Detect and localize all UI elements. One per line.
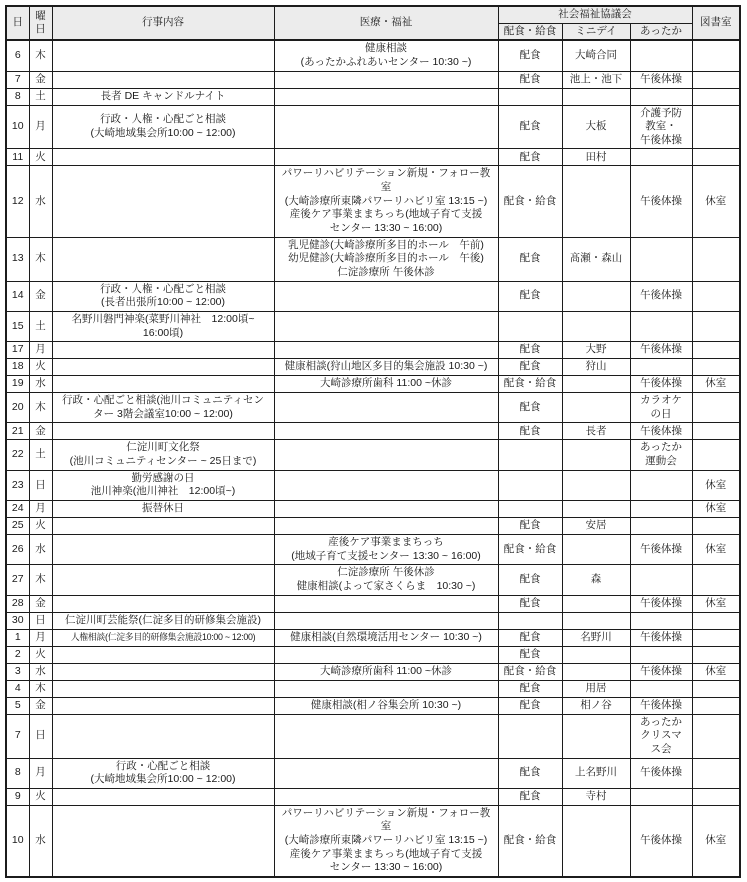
cell-library — [692, 714, 740, 758]
table-row: 10水パワーリハビリテーション新規・フォロー教室 (大崎診療所東隣パワーリハビリ… — [6, 805, 740, 877]
cell-weekday: 月 — [29, 758, 52, 788]
cell-meal: 配食 — [498, 758, 562, 788]
cell-events: 仁淀川町文化祭 (池川コミュニティセンター ~ 25日まで) — [52, 440, 274, 470]
header-library: 図書室 — [692, 6, 740, 40]
cell-medical — [274, 393, 498, 423]
cell-day: 14 — [6, 281, 29, 311]
cell-medical: 大崎診療所歯科 11:00 ~休診 — [274, 376, 498, 393]
cell-events: 行政・人権・心配ごと相談 (大崎地域集会所10:00 ~ 12:00) — [52, 105, 274, 149]
table-row: 19水大崎診療所歯科 11:00 ~休診配食・給食午後体操休室 — [6, 376, 740, 393]
cell-events — [52, 518, 274, 535]
cell-miniday: 森 — [562, 565, 630, 595]
cell-miniday: 上名野川 — [562, 758, 630, 788]
cell-miniday: 名野川 — [562, 629, 630, 646]
cell-meal — [498, 470, 562, 500]
cell-medical — [274, 88, 498, 105]
cell-library: 休室 — [692, 501, 740, 518]
cell-medical: 仁淀診療所 午後休診 健康相談(よって家さくらま 10:30 ~) — [274, 565, 498, 595]
cell-weekday: 月 — [29, 501, 52, 518]
cell-library — [692, 359, 740, 376]
cell-library — [692, 518, 740, 535]
cell-medical: 大崎診療所歯科 11:00 ~休診 — [274, 663, 498, 680]
cell-miniday: 大板 — [562, 105, 630, 149]
cell-meal: 配食 — [498, 423, 562, 440]
cell-weekday: 火 — [29, 149, 52, 166]
cell-weekday: 水 — [29, 535, 52, 565]
cell-library: 休室 — [692, 376, 740, 393]
cell-weekday: 日 — [29, 612, 52, 629]
table-row: 6木健康相談 (あったかふれあいセンター 10:30 ~)配食大崎合同 — [6, 40, 740, 71]
cell-events: 人権相談(仁淀多目的研修集会施設10:00 ~ 12:00) — [52, 629, 274, 646]
header-meal: 配食・給食 — [498, 23, 562, 40]
table-row: 13木乳児健診(大崎診療所多目的ホール 午前) 幼児健診(大崎診療所多目的ホール… — [6, 237, 740, 281]
cell-day: 22 — [6, 440, 29, 470]
header-weekday: 曜日 — [29, 6, 52, 40]
cell-day: 25 — [6, 518, 29, 535]
cell-day: 24 — [6, 501, 29, 518]
cell-events — [52, 342, 274, 359]
cell-medical — [274, 440, 498, 470]
cell-miniday — [562, 440, 630, 470]
table-row: 4木配食用居 — [6, 680, 740, 697]
cell-meal: 配食 — [498, 646, 562, 663]
cell-medical — [274, 788, 498, 805]
cell-events — [52, 71, 274, 88]
cell-medical: 健康相談(自然環境活用センター 10:30 ~) — [274, 629, 498, 646]
cell-day: 15 — [6, 311, 29, 341]
cell-meal: 配食・給食 — [498, 663, 562, 680]
cell-miniday: 安居 — [562, 518, 630, 535]
cell-weekday: 日 — [29, 714, 52, 758]
cell-attaka: 午後体操 — [630, 535, 692, 565]
cell-attaka: 午後体操 — [630, 758, 692, 788]
cell-miniday: 狩山 — [562, 359, 630, 376]
cell-weekday: 水 — [29, 805, 52, 877]
cell-medical — [274, 342, 498, 359]
cell-day: 23 — [6, 470, 29, 500]
cell-library — [692, 342, 740, 359]
cell-events — [52, 714, 274, 758]
cell-day: 10 — [6, 805, 29, 877]
cell-medical — [274, 71, 498, 88]
cell-attaka: 午後体操 — [630, 663, 692, 680]
cell-day: 5 — [6, 697, 29, 714]
cell-weekday: 金 — [29, 595, 52, 612]
cell-attaka: 午後体操 — [630, 376, 692, 393]
cell-library — [692, 440, 740, 470]
cell-weekday: 金 — [29, 71, 52, 88]
cell-attaka: 午後体操 — [630, 71, 692, 88]
table-row: 7日あったか クリスマ ス会 — [6, 714, 740, 758]
cell-medical — [274, 518, 498, 535]
cell-attaka — [630, 680, 692, 697]
cell-attaka — [630, 612, 692, 629]
cell-weekday: 火 — [29, 518, 52, 535]
cell-attaka: カラオケ の日 — [630, 393, 692, 423]
cell-day: 27 — [6, 565, 29, 595]
cell-weekday: 月 — [29, 629, 52, 646]
cell-events — [52, 646, 274, 663]
table-row: 30日仁淀川町芸能祭(仁淀多目的研修集会施設) — [6, 612, 740, 629]
cell-attaka: 午後体操 — [630, 166, 692, 237]
cell-miniday — [562, 88, 630, 105]
table-row: 17月配食大野午後体操 — [6, 342, 740, 359]
cell-day: 28 — [6, 595, 29, 612]
cell-day: 4 — [6, 680, 29, 697]
cell-medical — [274, 149, 498, 166]
cell-weekday: 木 — [29, 680, 52, 697]
cell-attaka: あったか クリスマ ス会 — [630, 714, 692, 758]
cell-medical: 健康相談 (あったかふれあいセンター 10:30 ~) — [274, 40, 498, 71]
cell-events — [52, 565, 274, 595]
cell-meal: 配食・給食 — [498, 535, 562, 565]
cell-library — [692, 758, 740, 788]
cell-weekday: 土 — [29, 311, 52, 341]
header-medical: 医療・福祉 — [274, 6, 498, 40]
cell-events — [52, 595, 274, 612]
cell-events: 名野川磐門神楽(菜野川神社 12:00頃~ 16:00頃) — [52, 311, 274, 341]
cell-events: 仁淀川町芸能祭(仁淀多目的研修集会施設) — [52, 612, 274, 629]
table-row: 2火配食 — [6, 646, 740, 663]
cell-day: 3 — [6, 663, 29, 680]
header-miniday: ミニデイ — [562, 23, 630, 40]
cell-weekday: 木 — [29, 565, 52, 595]
table-row: 3水大崎診療所歯科 11:00 ~休診配食・給食午後体操休室 — [6, 663, 740, 680]
cell-events — [52, 788, 274, 805]
cell-events — [52, 423, 274, 440]
cell-medical: パワーリハビリテーション新規・フォロー教室 (大崎診療所東隣パワーリハビリ室 1… — [274, 166, 498, 237]
table-row: 23日勤労感謝の日 池川神楽(池川神社 12:00頃~)休室 — [6, 470, 740, 500]
cell-attaka — [630, 88, 692, 105]
cell-day: 18 — [6, 359, 29, 376]
cell-attaka: 介護予防 教室・ 午後体操 — [630, 105, 692, 149]
cell-day: 6 — [6, 40, 29, 71]
cell-library — [692, 105, 740, 149]
cell-weekday: 木 — [29, 393, 52, 423]
cell-medical — [274, 423, 498, 440]
cell-day: 8 — [6, 758, 29, 788]
cell-day: 26 — [6, 535, 29, 565]
cell-weekday: 土 — [29, 440, 52, 470]
cell-events: 行政・人権・心配ごと相談 (長者出張所10:00 ~ 12:00) — [52, 281, 274, 311]
cell-day: 12 — [6, 166, 29, 237]
header-events: 行事内容 — [52, 6, 274, 40]
cell-meal: 配食 — [498, 697, 562, 714]
cell-events — [52, 535, 274, 565]
cell-day: 2 — [6, 646, 29, 663]
cell-meal: 配食 — [498, 359, 562, 376]
cell-miniday: 池上・池下 — [562, 71, 630, 88]
cell-day: 17 — [6, 342, 29, 359]
cell-library — [692, 311, 740, 341]
cell-library — [692, 88, 740, 105]
table-row: 27木仁淀診療所 午後休診 健康相談(よって家さくらま 10:30 ~)配食森 — [6, 565, 740, 595]
cell-library — [692, 788, 740, 805]
cell-miniday — [562, 281, 630, 311]
cell-miniday — [562, 714, 630, 758]
cell-events: 長者 DE キャンドルナイト — [52, 88, 274, 105]
table-row: 20木行政・心配ごと相談(池川コミュニティセン ター 3階会議室10:00 ~ … — [6, 393, 740, 423]
cell-weekday: 木 — [29, 237, 52, 281]
cell-library — [692, 680, 740, 697]
cell-events — [52, 359, 274, 376]
cell-library: 休室 — [692, 535, 740, 565]
cell-events — [52, 149, 274, 166]
cell-attaka: 午後体操 — [630, 697, 692, 714]
cell-events: 行政・心配ごと相談(池川コミュニティセン ター 3階会議室10:00 ~ 12:… — [52, 393, 274, 423]
cell-attaka — [630, 40, 692, 71]
cell-weekday: 水 — [29, 663, 52, 680]
cell-miniday: 田村 — [562, 149, 630, 166]
table-row: 11火配食田村 — [6, 149, 740, 166]
table-row: 21金配食長者午後体操 — [6, 423, 740, 440]
cell-attaka — [630, 311, 692, 341]
cell-meal — [498, 612, 562, 629]
cell-weekday: 火 — [29, 359, 52, 376]
cell-miniday — [562, 311, 630, 341]
cell-meal: 配食 — [498, 595, 562, 612]
cell-attaka — [630, 646, 692, 663]
cell-meal — [498, 440, 562, 470]
cell-weekday: 月 — [29, 105, 52, 149]
cell-events — [52, 166, 274, 237]
cell-medical — [274, 646, 498, 663]
cell-attaka — [630, 470, 692, 500]
cell-miniday: 相ノ谷 — [562, 697, 630, 714]
cell-weekday: 日 — [29, 470, 52, 500]
cell-meal: 配食 — [498, 71, 562, 88]
cell-medical — [274, 612, 498, 629]
cell-day: 10 — [6, 105, 29, 149]
table-row: 25火配食安居 — [6, 518, 740, 535]
cell-library: 休室 — [692, 470, 740, 500]
cell-day: 13 — [6, 237, 29, 281]
cell-library — [692, 237, 740, 281]
cell-library — [692, 612, 740, 629]
cell-weekday: 木 — [29, 40, 52, 71]
table-row: 1月人権相談(仁淀多目的研修集会施設10:00 ~ 12:00)健康相談(自然環… — [6, 629, 740, 646]
table-row: 5金健康相談(相ノ谷集会所 10:30 ~)配食相ノ谷午後体操 — [6, 697, 740, 714]
cell-events — [52, 697, 274, 714]
table-row: 26水産後ケア事業ままちっち (地域子育て支援センター 13:30 ~ 16:0… — [6, 535, 740, 565]
cell-weekday: 金 — [29, 281, 52, 311]
cell-library: 休室 — [692, 166, 740, 237]
cell-miniday: 長者 — [562, 423, 630, 440]
cell-medical — [274, 470, 498, 500]
cell-day: 1 — [6, 629, 29, 646]
cell-day: 21 — [6, 423, 29, 440]
cell-miniday — [562, 393, 630, 423]
cell-attaka — [630, 518, 692, 535]
schedule-body: 6木健康相談 (あったかふれあいセンター 10:30 ~)配食大崎合同7金配食池… — [6, 40, 740, 877]
cell-meal: 配食・給食 — [498, 166, 562, 237]
cell-events — [52, 680, 274, 697]
cell-attaka: 午後体操 — [630, 342, 692, 359]
cell-library: 休室 — [692, 663, 740, 680]
cell-weekday: 月 — [29, 342, 52, 359]
cell-medical: 健康相談(相ノ谷集会所 10:30 ~) — [274, 697, 498, 714]
cell-library — [692, 149, 740, 166]
table-row: 18火健康相談(狩山地区多目的集会施設 10:30 ~)配食狩山 — [6, 359, 740, 376]
cell-meal: 配食 — [498, 680, 562, 697]
cell-weekday: 金 — [29, 697, 52, 714]
cell-meal: 配食 — [498, 629, 562, 646]
cell-library — [692, 71, 740, 88]
header-attaka: あったか — [630, 23, 692, 40]
cell-meal: 配食 — [498, 518, 562, 535]
cell-meal: 配食 — [498, 149, 562, 166]
cell-library — [692, 423, 740, 440]
cell-miniday: 大崎合同 — [562, 40, 630, 71]
header-row-top: 日 曜日 行事内容 医療・福祉 社会福祉協議会 図書室 — [6, 6, 740, 23]
cell-meal: 配食・給食 — [498, 376, 562, 393]
cell-attaka — [630, 565, 692, 595]
cell-weekday: 火 — [29, 788, 52, 805]
header-day: 日 — [6, 6, 29, 40]
cell-attaka — [630, 237, 692, 281]
cell-events — [52, 663, 274, 680]
cell-medical — [274, 311, 498, 341]
cell-meal: 配食 — [498, 237, 562, 281]
cell-day: 7 — [6, 714, 29, 758]
cell-miniday — [562, 612, 630, 629]
cell-meal: 配食 — [498, 393, 562, 423]
cell-medical: 乳児健診(大崎診療所多目的ホール 午前) 幼児健診(大崎診療所多目的ホール 午後… — [274, 237, 498, 281]
cell-meal: 配食 — [498, 40, 562, 71]
cell-attaka: 午後体操 — [630, 423, 692, 440]
table-row: 28金配食午後体操休室 — [6, 595, 740, 612]
cell-miniday: 大野 — [562, 342, 630, 359]
cell-weekday: 土 — [29, 88, 52, 105]
header-council: 社会福祉協議会 — [498, 6, 692, 23]
cell-library: 休室 — [692, 805, 740, 877]
cell-weekday: 金 — [29, 423, 52, 440]
cell-medical — [274, 105, 498, 149]
cell-meal — [498, 311, 562, 341]
cell-meal: 配食 — [498, 788, 562, 805]
cell-weekday: 水 — [29, 166, 52, 237]
cell-miniday: 髙瀬・森山 — [562, 237, 630, 281]
cell-weekday: 火 — [29, 646, 52, 663]
cell-meal: 配食 — [498, 281, 562, 311]
cell-library — [692, 281, 740, 311]
schedule-table: 日 曜日 行事内容 医療・福祉 社会福祉協議会 図書室 配食・給食 ミニデイ あ… — [5, 5, 741, 878]
cell-day: 7 — [6, 71, 29, 88]
cell-day: 8 — [6, 88, 29, 105]
table-row: 15土名野川磐門神楽(菜野川神社 12:00頃~ 16:00頃) — [6, 311, 740, 341]
cell-events — [52, 40, 274, 71]
table-row: 24月振替休日休室 — [6, 501, 740, 518]
cell-events: 勤労感謝の日 池川神楽(池川神社 12:00頃~) — [52, 470, 274, 500]
cell-attaka: 午後体操 — [630, 281, 692, 311]
cell-library — [692, 697, 740, 714]
cell-miniday — [562, 535, 630, 565]
table-row: 8土長者 DE キャンドルナイト — [6, 88, 740, 105]
schedule-page: 日 曜日 行事内容 医療・福祉 社会福祉協議会 図書室 配食・給食 ミニデイ あ… — [0, 0, 747, 882]
cell-events — [52, 237, 274, 281]
cell-medical — [274, 758, 498, 788]
cell-events — [52, 376, 274, 393]
cell-meal: 配食 — [498, 105, 562, 149]
cell-miniday — [562, 501, 630, 518]
cell-meal: 配食 — [498, 565, 562, 595]
cell-day: 20 — [6, 393, 29, 423]
cell-meal — [498, 501, 562, 518]
cell-attaka — [630, 359, 692, 376]
table-row: 8月行政・心配ごと相談 (大崎地域集会所10:00 ~ 12:00)配食上名野川… — [6, 758, 740, 788]
cell-attaka — [630, 149, 692, 166]
cell-day: 19 — [6, 376, 29, 393]
cell-meal: 配食 — [498, 342, 562, 359]
cell-library — [692, 40, 740, 71]
cell-day: 9 — [6, 788, 29, 805]
cell-miniday — [562, 646, 630, 663]
cell-medical — [274, 281, 498, 311]
cell-events — [52, 805, 274, 877]
cell-medical — [274, 714, 498, 758]
cell-day: 11 — [6, 149, 29, 166]
cell-medical — [274, 595, 498, 612]
table-row: 22土仁淀川町文化祭 (池川コミュニティセンター ~ 25日まで)あったか 運動… — [6, 440, 740, 470]
table-row: 10月行政・人権・心配ごと相談 (大崎地域集会所10:00 ~ 12:00)配食… — [6, 105, 740, 149]
cell-miniday — [562, 595, 630, 612]
cell-attaka: 午後体操 — [630, 629, 692, 646]
cell-attaka — [630, 788, 692, 805]
table-row: 14金行政・人権・心配ごと相談 (長者出張所10:00 ~ 12:00)配食午後… — [6, 281, 740, 311]
table-row: 12水パワーリハビリテーション新規・フォロー教室 (大崎診療所東隣パワーリハビリ… — [6, 166, 740, 237]
cell-miniday: 寺村 — [562, 788, 630, 805]
cell-medical: パワーリハビリテーション新規・フォロー教室 (大崎診療所東隣パワーリハビリ室 1… — [274, 805, 498, 877]
cell-medical: 健康相談(狩山地区多目的集会施設 10:30 ~) — [274, 359, 498, 376]
cell-library — [692, 646, 740, 663]
cell-meal: 配食・給食 — [498, 805, 562, 877]
cell-library — [692, 629, 740, 646]
cell-miniday — [562, 470, 630, 500]
schedule-header: 日 曜日 行事内容 医療・福祉 社会福祉協議会 図書室 配食・給食 ミニデイ あ… — [6, 6, 740, 40]
cell-library: 休室 — [692, 595, 740, 612]
cell-attaka — [630, 501, 692, 518]
cell-meal — [498, 88, 562, 105]
cell-miniday — [562, 805, 630, 877]
cell-miniday: 用居 — [562, 680, 630, 697]
cell-day: 30 — [6, 612, 29, 629]
cell-medical: 産後ケア事業ままちっち (地域子育て支援センター 13:30 ~ 16:00) — [274, 535, 498, 565]
cell-miniday — [562, 376, 630, 393]
cell-attaka: 午後体操 — [630, 595, 692, 612]
cell-events: 振替休日 — [52, 501, 274, 518]
cell-attaka: 午後体操 — [630, 805, 692, 877]
cell-meal — [498, 714, 562, 758]
cell-library — [692, 393, 740, 423]
cell-miniday — [562, 663, 630, 680]
cell-miniday — [562, 166, 630, 237]
cell-attaka: あったか 運動会 — [630, 440, 692, 470]
table-row: 7金配食池上・池下午後体操 — [6, 71, 740, 88]
cell-medical — [274, 501, 498, 518]
cell-weekday: 水 — [29, 376, 52, 393]
cell-library — [692, 565, 740, 595]
cell-medical — [274, 680, 498, 697]
table-row: 9火配食寺村 — [6, 788, 740, 805]
cell-events: 行政・心配ごと相談 (大崎地域集会所10:00 ~ 12:00) — [52, 758, 274, 788]
